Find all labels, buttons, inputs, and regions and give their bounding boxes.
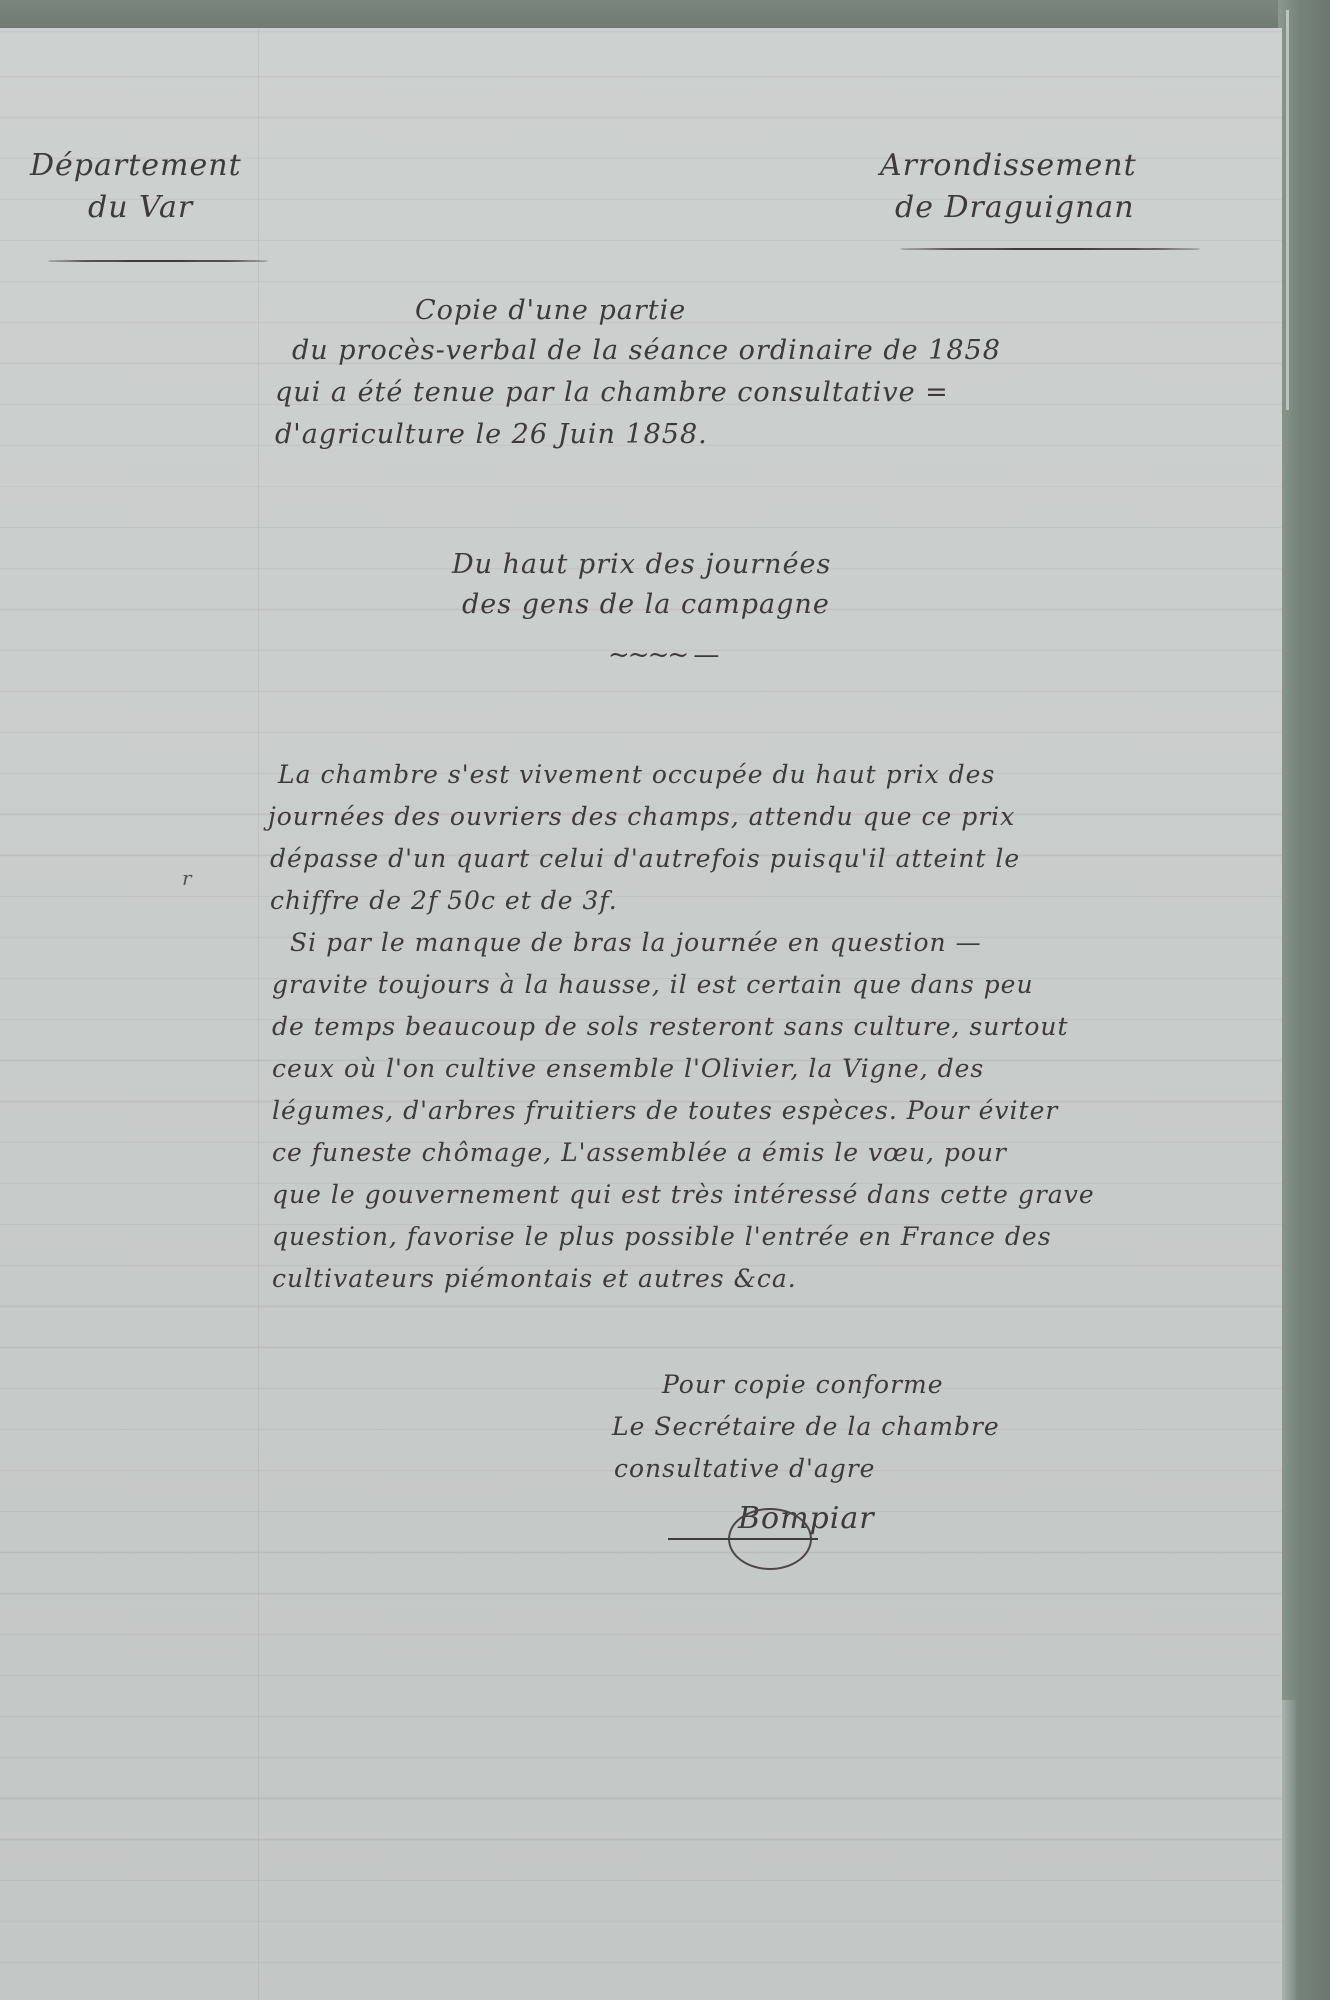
title-line-1: Copie d'une partie [415,290,686,331]
scan-frame-top [0,0,1330,30]
margin-mark: r [182,866,192,890]
header-right-line-2: de Draguignan [895,188,1135,228]
title-line-3: qui a été tenue par la chambre consultat… [275,372,949,413]
title-line-2: du procès-verbal de la séance ordinaire … [292,330,1001,371]
closing-line-3: consultative d'agre [614,1448,875,1489]
body-line: légumes, d'arbres fruitiers de toutes es… [272,1090,1058,1131]
body-line: question, favorise le plus possible l'en… [272,1216,1052,1257]
header-left-flourish [48,260,268,262]
closing-line-1: Pour copie conforme [662,1364,944,1405]
scan-frame-right [1278,0,1330,2000]
body-line: Si par le manque de bras la journée en q… [290,922,982,963]
body-line: chiffre de 2f 50c et de 3f. [270,880,618,921]
header-left-line-2: du Var [88,188,193,228]
frame-glint-lower [1282,1700,1296,2000]
manuscript-page: Département du Var Arrondissement de Dra… [0,28,1282,2000]
header-right-flourish [900,248,1200,250]
body-line: ce funeste chômage, L'assemblée a émis l… [272,1132,1007,1173]
closing-line-2: Le Secrétaire de la chambre [612,1406,1000,1447]
body-line: La chambre s'est vivement occupée du hau… [278,754,995,795]
header-left-line-1: Département [30,146,242,186]
signature-underline [668,1538,818,1540]
body-line: ceux où l'on cultive ensemble l'Olivier,… [272,1048,984,1089]
body-line: journées des ouvriers des champs, attend… [268,796,1015,837]
subject-line-2: des gens de la campagne [462,584,830,625]
margin-rule [258,28,259,2000]
body-line: gravite toujours à la hausse, il est cer… [272,964,1034,1005]
title-line-4: d'agriculture le 26 Juin 1858. [275,414,708,455]
frame-glint [1286,10,1289,410]
header-right-line-1: Arrondissement [880,146,1137,186]
body-line: dépasse d'un quart celui d'autrefois pui… [270,838,1020,879]
body-line: cultivateurs piémontais et autres &ca. [272,1258,797,1299]
subject-divider: ~~~~ — [608,640,717,670]
body-line: de temps beaucoup de sols resteront sans… [272,1006,1069,1047]
body-line: que le gouvernement qui est très intéres… [272,1174,1095,1215]
subject-line-1: Du haut prix des journées [452,544,831,585]
